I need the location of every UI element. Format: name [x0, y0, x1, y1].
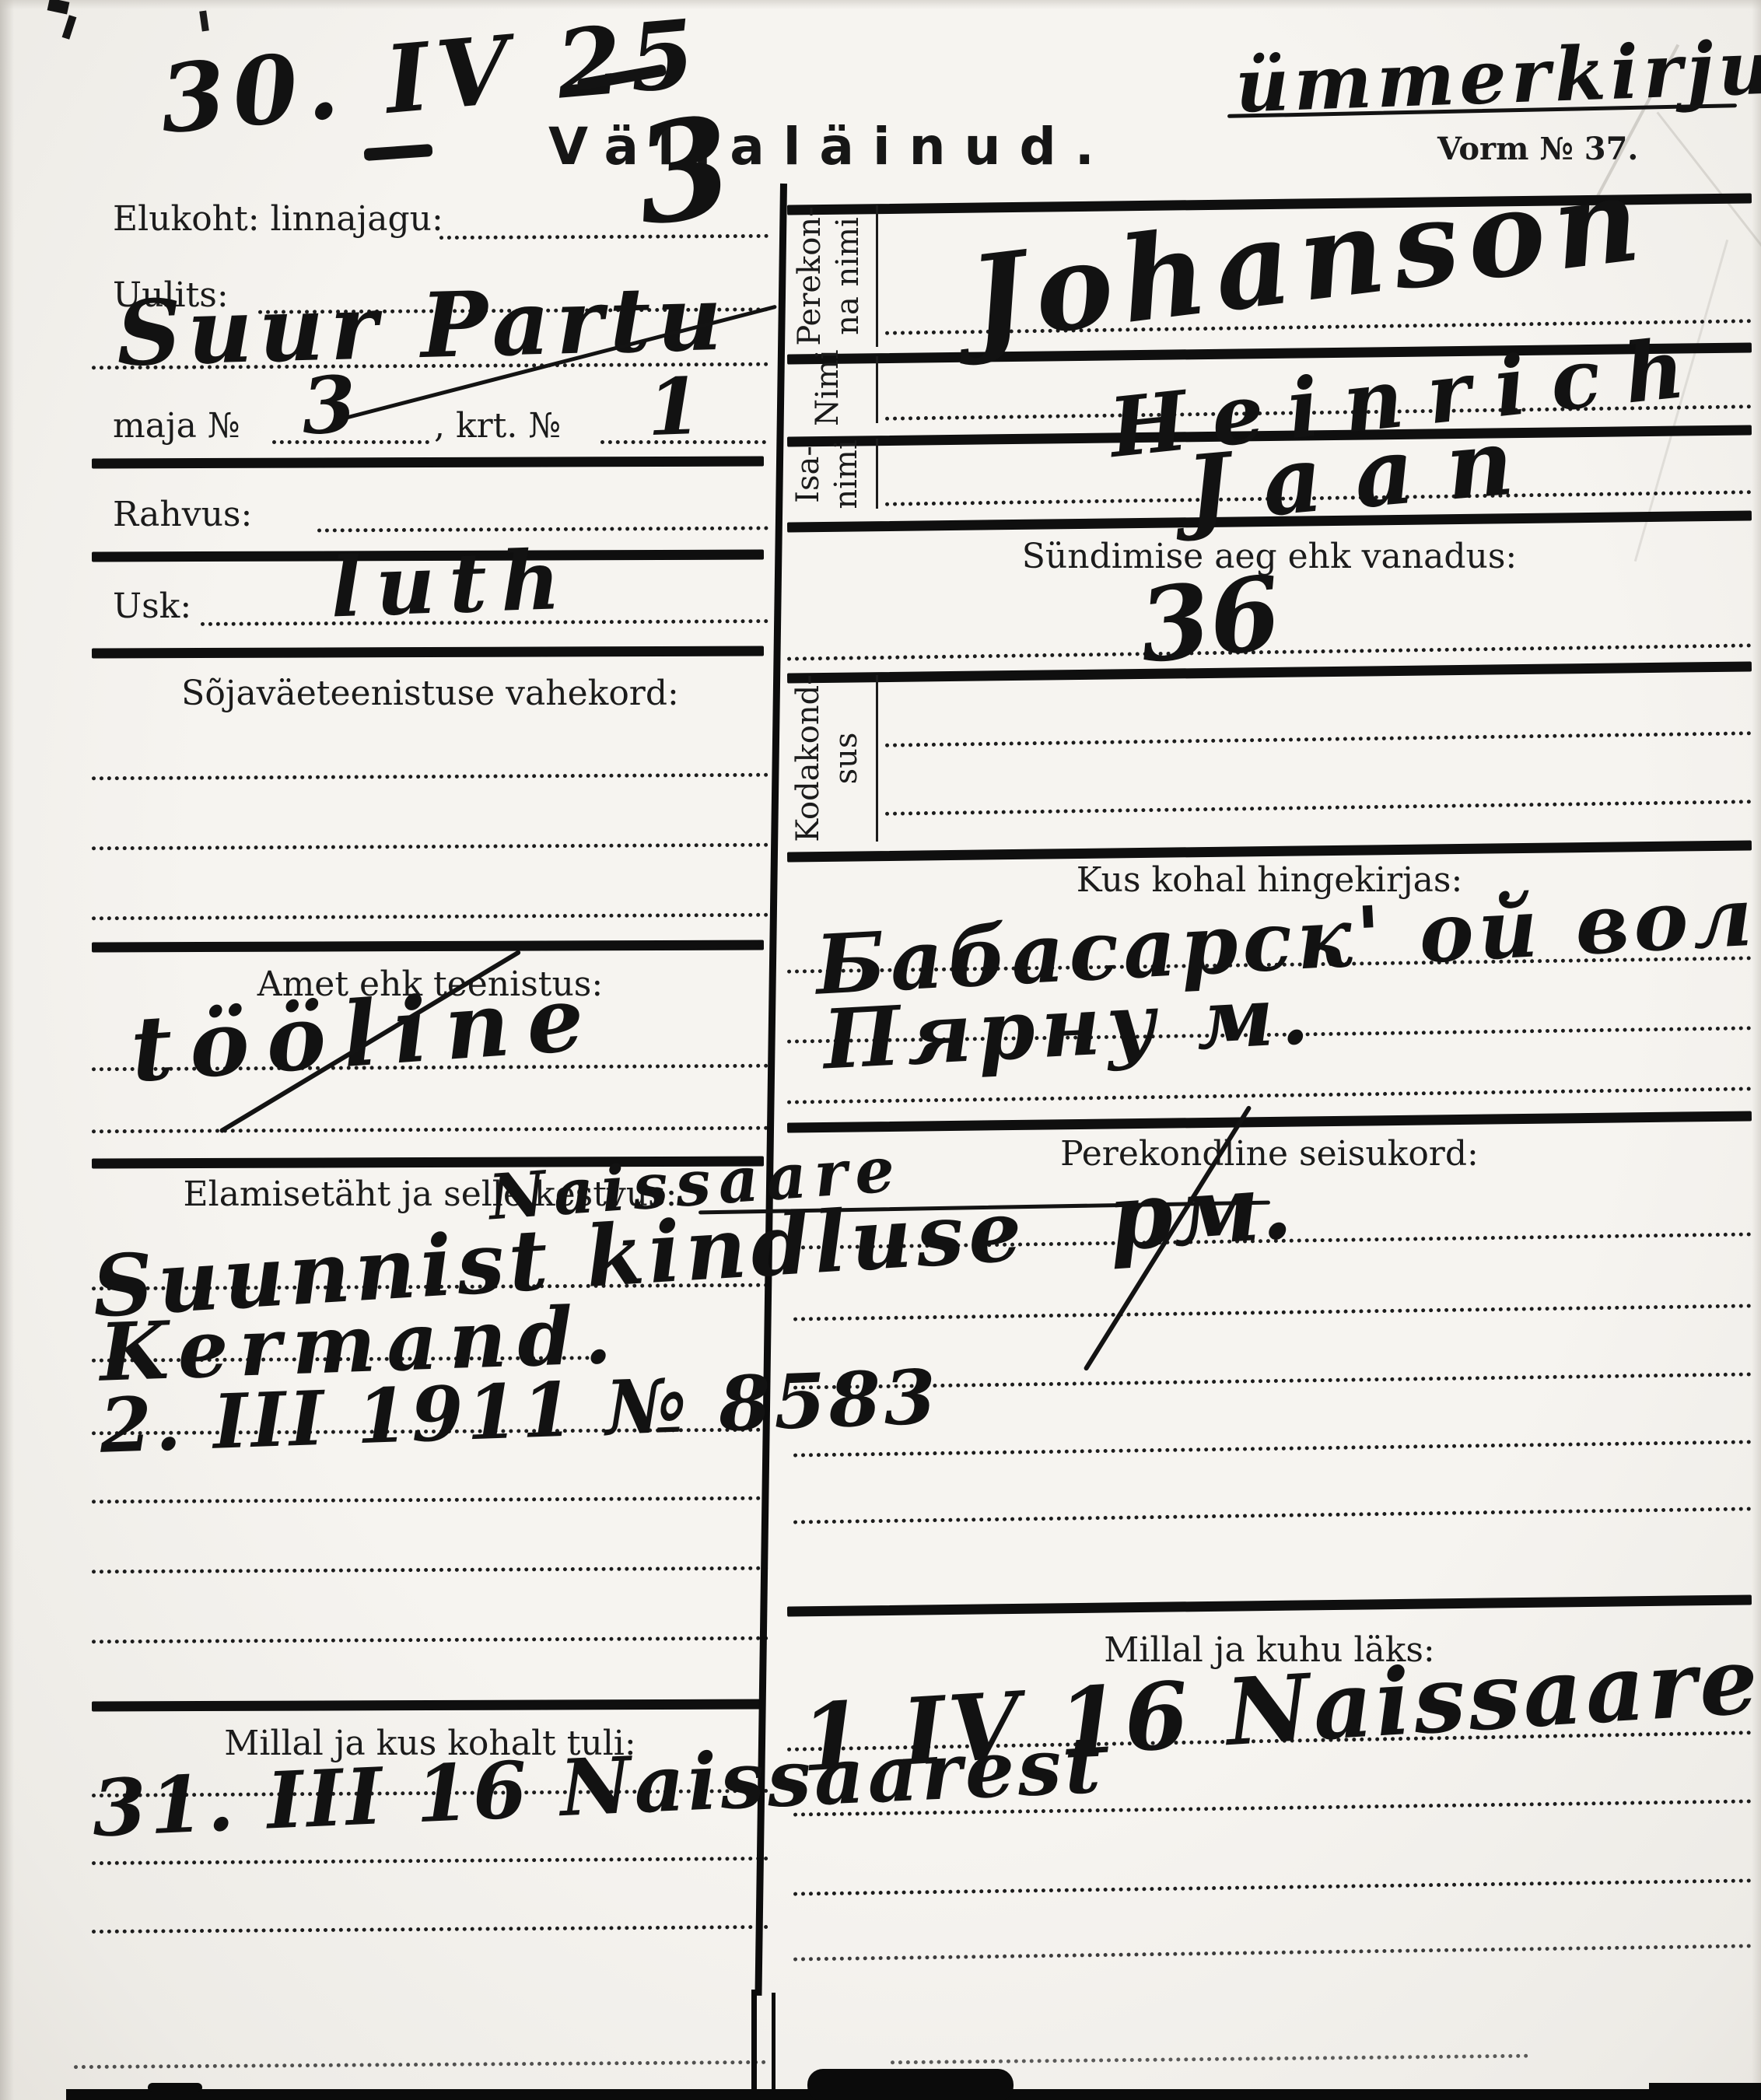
- dotted-line: [92, 843, 768, 851]
- column-divider: [754, 184, 787, 1996]
- field-label-citizenship: Kodakond- sus: [789, 674, 866, 843]
- scan-edge-bottom: [1649, 2083, 1761, 2100]
- field-label-elukoht: Elukoht: linnajagu:: [113, 199, 443, 239]
- field-label-surname-line1: Perekon-: [791, 204, 829, 348]
- rule-bar: [787, 1594, 1752, 1616]
- label-divider: [876, 205, 878, 347]
- dotted-line: [92, 1496, 768, 1504]
- paper-crease: [1657, 111, 1761, 254]
- scan-edge-top: [0, 0, 1761, 9]
- field-label-citizenship-line2: sus: [828, 674, 866, 843]
- rule-bar: [787, 1111, 1752, 1132]
- field-label-patronymic-line2: nimi: [828, 437, 866, 512]
- field-label-maja: maja №: [113, 406, 240, 446]
- dotted-line: [885, 800, 1752, 816]
- field-label-krt: , krt. №: [434, 406, 561, 446]
- dotted-line: [793, 1304, 1752, 1321]
- ink-smudge: [62, 15, 77, 40]
- field-label-surname-line2: na nimi: [829, 204, 867, 348]
- field-value-birth: 36: [1133, 553, 1286, 686]
- scan-edge-bottom: [807, 2069, 1014, 2100]
- dotted-line: [74, 2060, 766, 2069]
- field-value-maja: 3: [299, 358, 359, 452]
- pen-stroke: [364, 144, 433, 161]
- field-label-military: Sõjaväeteenistuse vahekord:: [92, 674, 768, 713]
- title-prefix-handwriting: 3: [625, 86, 741, 257]
- field-label-patronymic-line1: Isa-: [789, 437, 828, 512]
- rule-bar: [92, 456, 764, 468]
- label-divider: [876, 356, 878, 423]
- dotted-line: [92, 1636, 768, 1644]
- rule-bar: [92, 1699, 764, 1711]
- dotted-line: [787, 1087, 1752, 1104]
- scan-edge-bottom: [148, 2083, 202, 2092]
- field-value-usk: luth: [329, 531, 576, 636]
- dotted-line: [793, 1440, 1752, 1457]
- rule-bar: [92, 940, 764, 952]
- field-label-citizenship-line1: Kodakond-: [789, 674, 828, 843]
- dotted-line: [793, 1878, 1752, 1895]
- dotted-line: [92, 1126, 768, 1134]
- rule-bar: [787, 840, 1752, 862]
- field-value-family: рм.: [1105, 1151, 1295, 1272]
- dotted-line: [885, 731, 1752, 747]
- field-label-rahvus: Rahvus:: [113, 495, 252, 534]
- scan-edge-left: [0, 0, 14, 2100]
- field-label-name: Nimi: [800, 355, 856, 426]
- ink-smudge: [199, 11, 209, 32]
- dotted-line: [92, 1566, 768, 1574]
- column-divider: [751, 1990, 757, 2094]
- dotted-line: [793, 1507, 1752, 1524]
- dotted-line: [793, 1944, 1752, 1961]
- field-label-name-line1: Nimi: [809, 355, 847, 426]
- dotted-line: [92, 1857, 768, 1865]
- dotted-line: [92, 773, 768, 781]
- dotted-line: [92, 913, 768, 921]
- scan-edge-right: [1752, 0, 1761, 2100]
- scanned-form-page: 30. IV 25 ümmerkirjut. Vorm № 37. 3 Välj…: [0, 0, 1761, 2100]
- field-label-usk: Usk:: [113, 586, 191, 626]
- field-label-surname: Perekon- na nimi: [789, 204, 870, 348]
- field-label-patronymic: Isa- nimi: [790, 437, 865, 512]
- ink-smudge: [47, 0, 70, 15]
- field-value-krt: 1: [646, 360, 703, 453]
- label-divider: [876, 675, 878, 842]
- dotted-line: [92, 1925, 768, 1934]
- rule-bar: [92, 646, 764, 658]
- field-value-street: Suur Partu: [115, 266, 729, 387]
- column-divider: [772, 1993, 775, 2092]
- dotted-line: [891, 2054, 1528, 2065]
- label-divider: [876, 439, 878, 509]
